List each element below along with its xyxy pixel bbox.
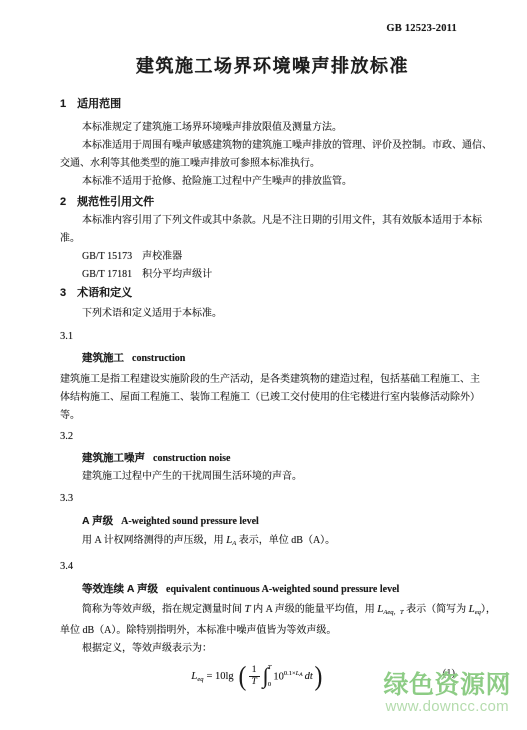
eq-power-term: 100.1×LA: [273, 670, 302, 683]
watermark: 绿色资源网 www.downcc.com: [383, 672, 511, 715]
eq-lhs: Leq: [191, 670, 203, 683]
clause-3-2-term-zh: 建筑施工噪声: [82, 452, 145, 464]
clause-3-4-def-text-1: 简称为等效声级，指在规定测量时间: [82, 604, 245, 615]
document-page: GB 12523-2011 建筑施工场界环境噪声排放标准 1 适用范围 本标准规…: [0, 0, 527, 730]
clause-3-4-def-text-2: 内 A 声级的能量平均值，用: [251, 604, 378, 615]
clause-3-2-term: 建筑施工噪声construction noise: [60, 449, 485, 468]
eq-equals: = 10lg: [206, 671, 233, 682]
symbol-LAeqT-subscript: Aeq，T: [383, 609, 403, 616]
clause-3-4-definition-line-2: 单位 dB（A）。除特别指明外，本标准中噪声值皆为等效声级。: [60, 622, 485, 640]
clause-3-4-number: 3.4: [60, 558, 485, 576]
clause-3-1-definition-line-2: 体结构施工、屋面工程施工、装饰工程施工（已竣工交付使用的住宅楼进行室内装修活动除…: [60, 389, 485, 407]
clause-3-4-term: 等效连续 A 声级equivalent continuous A-weighte…: [60, 580, 485, 599]
section-1-paragraph-2-line-2: 交通、水利等其他类型的施工噪声排放可参照本标准执行。: [60, 155, 485, 173]
eq-fraction: 1T: [249, 666, 260, 687]
clause-3-1-number: 3.1: [60, 328, 485, 346]
clause-3-4-term-zh: 等效连续 A 声级: [82, 583, 158, 595]
document-content: GB 12523-2011 建筑施工场界环境噪声排放标准 1 适用范围 本标准规…: [0, 0, 527, 692]
equation-1: Leq = 10lg ( 1T ∫ T0 100.1×LA dt ): [191, 660, 324, 692]
clause-3-1-term-en: construction: [132, 353, 185, 364]
clause-3-4-definition-line-1: 简称为等效声级，指在规定测量时间 T 内 A 声级的能量平均值，用 LAeq，T…: [60, 600, 485, 622]
section-1-heading: 1 适用范围: [60, 95, 485, 113]
eq-right-paren: ): [314, 661, 322, 691]
clause-3-1-term: 建筑施工construction: [60, 349, 485, 368]
integral-limits: T0: [268, 664, 272, 688]
clause-3-4-def-text-3: 表示（简写为: [404, 604, 469, 615]
clause-3-4-term-en: equivalent continuous A-weighted sound p…: [166, 584, 399, 595]
watermark-site-url: www.downcc.com: [383, 699, 511, 715]
clause-3-3-def-text: 用 A 计权网络测得的声压级，用: [82, 535, 226, 546]
section-2-paragraph-1-line-1: 本标准内容引用了下列文件或其中条款。凡是不注日期的引用文件，其有效版本适用于本标: [60, 212, 485, 230]
watermark-site-name: 绿色资源网: [383, 672, 511, 699]
clause-3-3-number: 3.3: [60, 490, 485, 508]
document-title: 建筑施工场界环境噪声排放标准: [60, 53, 485, 79]
eq-left-paren: (: [238, 661, 246, 691]
section-1-paragraph-3: 本标准不适用于抢修、抢险施工过程中产生噪声的排放监管。: [60, 173, 485, 191]
clause-3-3-term: A 声级A-weighted sound pressure level: [60, 512, 485, 531]
clause-3-3-term-zh: A 声级: [82, 515, 113, 527]
section-1-paragraph-1: 本标准规定了建筑施工场界环境噪声排放限值及测量方法。: [60, 119, 485, 137]
clause-3-1-definition-line-3: 等。: [60, 407, 485, 425]
section-1-paragraph-2-line-1: 本标准适用于周围有噪声敏感建筑物的建筑施工噪声排放的管理、评价及控制。市政、通信…: [60, 137, 485, 155]
clause-3-3-term-en: A-weighted sound pressure level: [121, 516, 259, 527]
section-3-intro: 下列术语和定义适用于本标准。: [60, 305, 485, 323]
clause-3-4-definition-line-3: 根据定义，等效声级表示为：: [60, 640, 485, 658]
reference-gbt-17181: GB/T 17181 积分平均声级计: [60, 266, 485, 284]
clause-3-2-number: 3.2: [60, 428, 485, 446]
section-2-heading: 2 规范性引用文件: [60, 193, 485, 211]
eq-differential: dt: [305, 671, 313, 682]
reference-gbt-15173: GB/T 15173 声校准器: [60, 248, 485, 266]
clause-3-2-definition: 建筑施工过程中产生的干扰周围生活环境的声音。: [60, 468, 485, 486]
clause-3-1-definition-line-1: 建筑施工是指工程建设实施阶段的生产活动，是各类建筑物的建造过程，包括基础工程施工…: [60, 371, 485, 389]
clause-3-3-definition: 用 A 计权网络测得的声压级，用 LA 表示，单位 dB（A）。: [60, 531, 485, 553]
clause-3-1-term-zh: 建筑施工: [82, 352, 124, 364]
clause-3-4-def-text-4: ），: [481, 604, 496, 615]
section-2-paragraph-1-line-2: 准。: [60, 230, 485, 248]
section-3-heading: 3 术语和定义: [60, 284, 485, 302]
clause-3-2-term-en: construction noise: [153, 453, 231, 464]
standard-number: GB 12523-2011: [60, 23, 485, 35]
clause-3-3-def-text-end: 表示，单位 dB（A）。: [236, 535, 335, 546]
